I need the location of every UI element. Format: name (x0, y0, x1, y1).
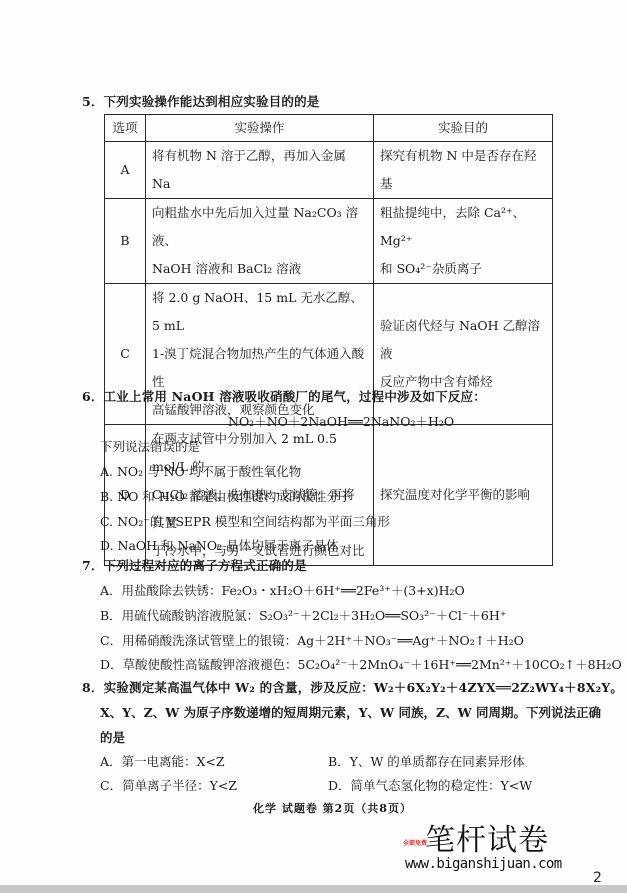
table-row: A 将有机物 N 溶于乙醇，再加入金属 Na 探究有机物 N 中是否存在羟基 (105, 142, 553, 199)
row-purpose: 探究温度对化学平衡的影响 (374, 425, 553, 566)
question-8-option-a: A．第一电离能：X<Z (100, 752, 225, 770)
question-8-option-c: C．简单离子半径：Y<Z (100, 776, 237, 794)
watermark-url: www.biganshijuan.com (405, 856, 562, 872)
question-5-title: 5．下列实验操作能达到相应实验目的的是 (82, 92, 320, 110)
page-number: 2 (593, 870, 602, 886)
watermark-brand: 笔杆试卷 (425, 815, 549, 859)
header-option: 选项 (105, 115, 146, 142)
row-option: A (105, 142, 146, 199)
table-header-row: 选项 实验操作 实验目的 (105, 115, 553, 142)
row-operation: 向粗盐水中先后加入过量 Na₂CO₃ 溶液、 NaOH 溶液和 BaCl₂ 溶液 (146, 199, 374, 284)
question-6-equation: NO₂＋NO＋2NaOH══2NaNO₂＋H₂O (228, 412, 454, 430)
question-8-option-d: D．简单气态氢化物的稳定性：Y<W (328, 776, 532, 794)
row-purpose: 粗盐提纯中，去除 Ca²⁺、Mg²⁺ 和 SO₄²⁻杂质离子 (374, 199, 553, 284)
table-row: B 向粗盐水中先后加入过量 Na₂CO₃ 溶液、 NaOH 溶液和 BaCl₂ … (105, 199, 553, 284)
question-6-option-c: C. NO₂⁻的 VSEPR 模型和空间结构都为平面三角形 (100, 512, 390, 530)
question-6-option-b: B. NO 和 H₂O 都是由极性键构成的极性分子 (100, 487, 351, 505)
row-option: B (105, 199, 146, 284)
question-6-prompt: 下列说法错误的是 (100, 437, 200, 455)
question-7-option-a: A．用盐酸除去铁锈：Fe₂O₃・xH₂O＋6H⁺══2Fe³⁺＋(3+x)H₂O (100, 581, 465, 599)
watermark-tag: 全部免费 (403, 838, 427, 847)
question-7-option-d: D．草酸使酸性高锰酸钾溶液褪色：5C₂O₄²⁻＋2MnO₄⁻＋16H⁺══2Mn… (100, 655, 622, 673)
question-7-option-b: B．用硫代硫酸钠溶液脱氯：S₂O₃²⁻＋2Cl₂＋3H₂O══SO₃²⁻＋Cl⁻… (100, 606, 506, 624)
question-6-option-a: A. NO₂ 与 NO 均不属于酸性氧化物 (100, 462, 301, 480)
question-7-title: 7．下列过程对应的离子方程式正确的是 (82, 556, 307, 574)
question-6-title: 6．工业上常用 NaOH 溶液吸收硝酸厂的尾气，过程中涉及如下反应： (82, 387, 486, 405)
row-purpose: 探究有机物 N 中是否存在羟基 (374, 142, 553, 199)
question-8-title-line1: 8．实验测定某高温气体中 W₂ 的含量，涉及反应：W₂＋6X₂Y₂＋4ZYX══… (82, 678, 623, 696)
page-bottom-divider (0, 885, 627, 893)
row-operation: 将有机物 N 溶于乙醇，再加入金属 Na (146, 142, 374, 199)
question-8-title-line2: X、Y、Z、W 为原子序数递增的短周期元素，Y、W 同族，Z、W 同周期。下列说… (100, 703, 601, 721)
exam-page: 5．下列实验操作能达到相应实验目的的是 选项 实验操作 实验目的 A 将有机物 … (0, 0, 627, 885)
question-8-title-line3: 的是 (100, 728, 125, 746)
header-purpose: 实验目的 (374, 115, 553, 142)
question-8-option-b: B．Y、W 的单质都存在同素异形体 (328, 752, 525, 770)
question-6-option-d: D. NaOH 和 NaNO₂ 晶体均属于离子晶体 (100, 536, 339, 554)
question-7-option-c: C．用稀硝酸洗涤试管壁上的银镜：Ag＋2H⁺＋NO₃⁻══Ag⁺＋NO₂↑＋H₂… (100, 631, 524, 649)
page-footer: 化学 试题卷 第2页（共8页） (253, 800, 412, 816)
header-operation: 实验操作 (146, 115, 374, 142)
